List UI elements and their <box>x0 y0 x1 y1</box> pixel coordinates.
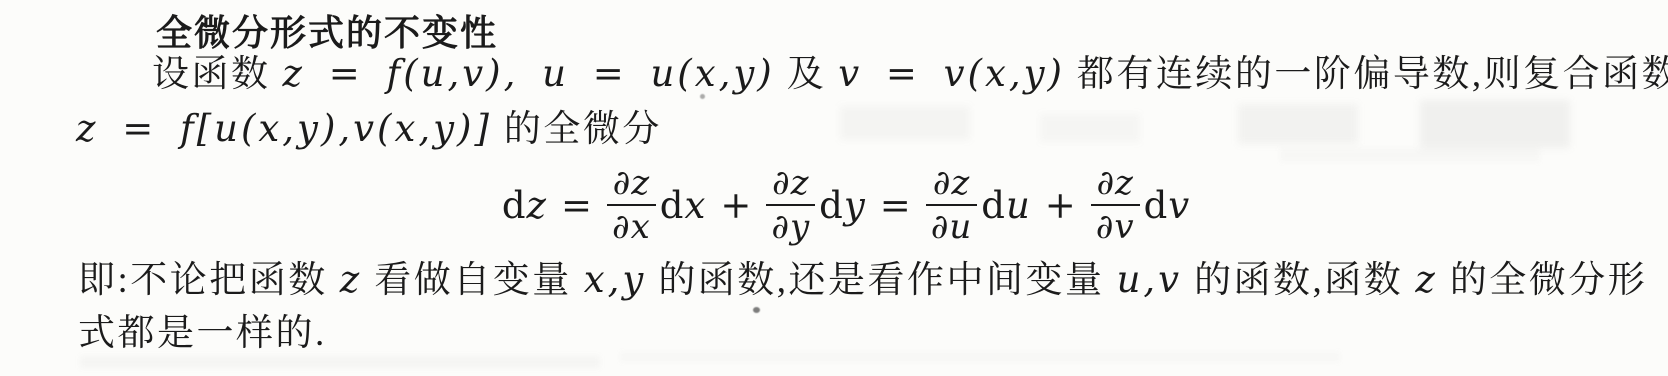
scan-artifact <box>840 106 970 140</box>
math-run: z <box>340 258 363 302</box>
math-run: u,v <box>1117 258 1183 302</box>
text-run: 即:不论把函数 <box>78 259 328 303</box>
fraction-dz-dy: ∂z ∂y <box>766 164 815 246</box>
differential-d: d <box>1144 184 1169 227</box>
total-differential-equation: dz = ∂z ∂x dx + ∂z ∂y dy = ∂z <box>12 164 1668 246</box>
fraction-numerator: ∂z <box>1091 164 1139 204</box>
eq-term-dzdx-dx: ∂z ∂x dx <box>607 164 706 246</box>
math-run: z = f[u(x,y),v(x,y)] <box>76 107 492 151</box>
eq-term-dv: dv <box>1144 184 1191 227</box>
text-run: 都有连续的一阶偏导数,则复合函数 <box>1077 53 1668 97</box>
text-run: 设函数 <box>152 53 271 97</box>
textbook-page: 全微分形式的不变性 设函数 z = f(u,v), u = u(x,y) 及 v… <box>0 0 1668 376</box>
fraction-numerator: ∂z <box>767 164 815 204</box>
equals-sign: = <box>559 184 595 227</box>
math-run: x,y <box>584 258 647 302</box>
scan-artifact <box>620 352 1340 362</box>
differential-d: d <box>502 184 527 227</box>
fraction-dz-du: ∂z ∂u <box>926 164 977 246</box>
ink-speck <box>753 307 760 313</box>
plus-sign: + <box>718 184 754 227</box>
scan-artifact <box>1420 100 1570 148</box>
text-run: 式都是一样的. <box>78 312 327 356</box>
scan-artifact <box>80 356 600 368</box>
fraction-numerator: ∂z <box>928 164 976 204</box>
plus-sign: + <box>1043 184 1079 227</box>
paragraph2-line1: 即:不论把函数 z 看做自变量 x,y 的函数,还是看作中间变量 u,v 的函数… <box>78 258 1647 303</box>
variable-z: z <box>527 184 548 227</box>
variable-u: u <box>1006 184 1031 227</box>
scan-artifact <box>1040 114 1140 142</box>
equals-sign: = <box>878 184 914 227</box>
differential-d: d <box>660 184 685 227</box>
fraction-dz-dx: ∂z ∂x <box>607 164 656 246</box>
math-run: z = f(u,v), u = u(x,y) <box>283 52 775 96</box>
differential-d: d <box>819 184 844 227</box>
scan-artifact <box>1280 148 1540 162</box>
paragraph1-line2: z = f[u(x,y),v(x,y)] 的全微分 <box>76 107 662 152</box>
fraction-dz-dv: ∂z ∂v <box>1091 164 1140 246</box>
fraction-denominator: ∂u <box>926 204 977 246</box>
eq-term-dx: dx <box>660 184 707 227</box>
text-run: 的函数,还是看作中间变量 <box>658 259 1104 303</box>
eq-term-dy: dy <box>819 184 866 227</box>
eq-term-dzdu-du: ∂z ∂u du <box>926 164 1031 246</box>
variable-x: x <box>684 184 706 227</box>
differential-d: d <box>981 184 1006 227</box>
paragraph2-line2: 式都是一样的. <box>78 312 327 356</box>
text-run: 及 <box>787 53 827 97</box>
fraction-denominator: ∂y <box>766 204 815 246</box>
variable-y: y <box>844 184 866 227</box>
text-run: 的全微分形 <box>1450 259 1648 303</box>
fraction-denominator: ∂v <box>1091 204 1140 246</box>
math-run: z <box>1415 258 1438 302</box>
eq-term-dzdy-dy: ∂z ∂y dy <box>766 164 865 246</box>
fraction-denominator: ∂x <box>607 204 656 246</box>
text-run: 看做自变量 <box>374 259 572 303</box>
variable-v: v <box>1168 184 1190 227</box>
section-heading: 全微分形式的不变性 <box>156 5 498 56</box>
eq-term-du: du <box>981 184 1031 227</box>
math-run: v = v(x,y) <box>838 52 1065 96</box>
scan-artifact <box>1238 104 1358 144</box>
eq-term-dzdv-dv: ∂z ∂v dv <box>1091 164 1190 246</box>
fraction-numerator: ∂z <box>608 164 656 204</box>
text-run: 的全微分 <box>504 108 662 152</box>
text-run: 的函数,函数 <box>1194 259 1403 303</box>
eq-term-dz: dz <box>502 184 547 227</box>
paragraph1-line1: 设函数 z = f(u,v), u = u(x,y) 及 v = v(x,y) … <box>152 52 1668 97</box>
